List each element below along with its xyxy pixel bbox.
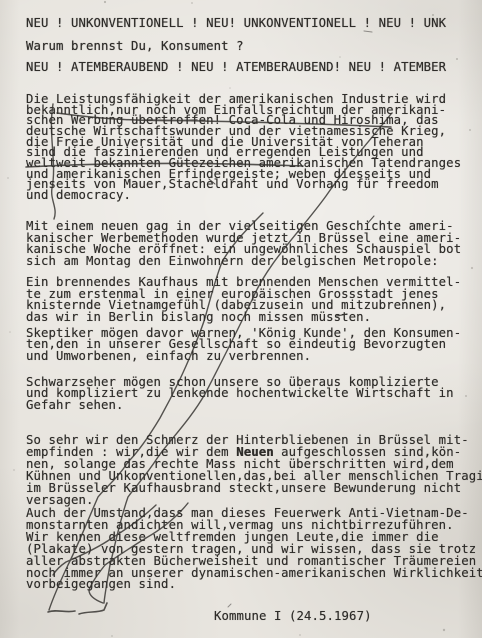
scanned-leaflet: NEU ! UNKONVENTIONELL ! NEU! UNKONVENTIO… — [0, 0, 482, 638]
headline-warum-brennst-du: Warum brennst Du, Konsument ? — [26, 40, 244, 52]
text-line: und Umworbenen, einfach zu verbrennen. — [26, 351, 461, 362]
text-line: versagen. — [26, 494, 482, 506]
paragraph-skeptiker: Skeptiker mögen davor warnen, 'König Kun… — [26, 328, 461, 362]
paragraph-auch-der-umstand: Auch der Umstand,dass man dieses Feuerwe… — [26, 508, 482, 591]
paragraph-neuer-gag: Mit einem neuen gag in der vielseitigen … — [26, 221, 461, 267]
text-line: und democracy. — [26, 190, 461, 201]
pen-tick-kommune — [228, 604, 231, 607]
text-line: Gefahr sehen. — [26, 400, 454, 411]
headline-neu-unkonventionell: NEU ! UNKONVENTIONELL ! NEU! UNKONVENTIO… — [26, 17, 446, 29]
text-line: das wir in Berlin bislang noch missen mü… — [26, 312, 461, 324]
signature-block: Kommune I (24.5.1967) — [214, 610, 372, 622]
pen-bottom-zigzag — [48, 603, 107, 614]
pen-tick-under-neu — [364, 31, 372, 32]
paragraph-so-sehr: So sehr wir den Schmerz der Hinterbliebe… — [26, 434, 482, 507]
headline-question: Warum brennst Du, Konsument ? — [26, 40, 244, 52]
text-line: vorbeigegangen sind. — [26, 579, 482, 591]
text-line: im Brüsseler Kaufhausbrand steckt,unsere… — [26, 482, 482, 494]
paragraph-schwarzseher: Schwarzseher mögen schon unsere so übera… — [26, 377, 454, 411]
paragraph-leistungsfaehigkeit: Die Leistungsfähigkeit der amerikanische… — [26, 94, 461, 201]
paragraph-brennendes-kaufhaus: Ein brennendes Kaufhaus mit brennenden M… — [26, 277, 461, 323]
text-line: sich am Montag den Einwohnern der belgis… — [26, 256, 461, 268]
headline-block: NEU ! UNKONVENTIONELL ! NEU! UNKONVENTIO… — [26, 17, 446, 29]
headline-atemberaubend: NEU ! ATEMBERAUBEND ! NEU ! ATEMBERAUBEN… — [26, 61, 446, 73]
signature-line: Kommune I (24.5.1967) — [214, 610, 372, 622]
headline-neu-atemberaubend: NEU ! ATEMBERAUBEND ! NEU ! ATEMBERAUBEN… — [26, 61, 446, 73]
